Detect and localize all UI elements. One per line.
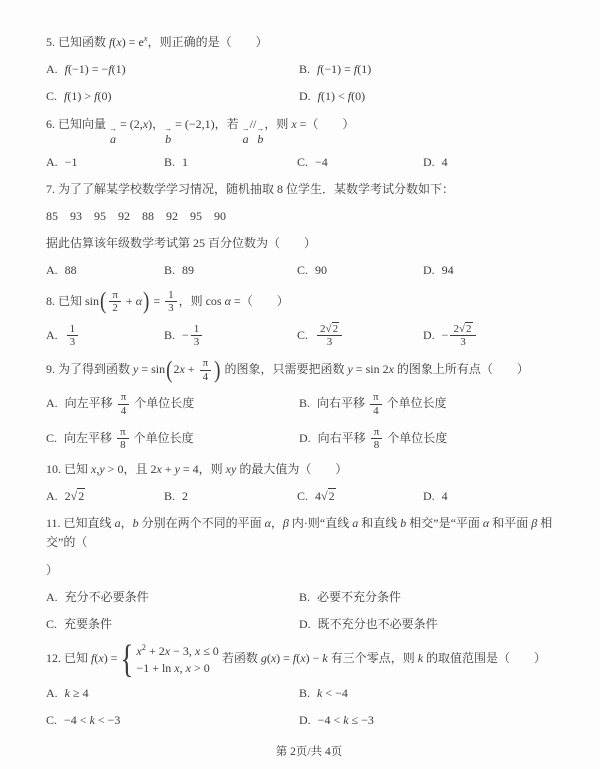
text-run: 个单位长度 bbox=[131, 431, 194, 445]
text-run: (−1) = bbox=[320, 62, 354, 76]
option: B.89 bbox=[164, 261, 297, 280]
option-label: D. bbox=[299, 89, 311, 103]
text-run: 相交”是“平面 bbox=[406, 516, 483, 530]
radical-icon: √ bbox=[321, 489, 328, 503]
text-run: − bbox=[442, 328, 449, 342]
text-run: − 3, bbox=[170, 644, 195, 658]
option: B.向右平移 π4 个单位长度 bbox=[299, 391, 572, 417]
vector: →b bbox=[164, 125, 172, 145]
text-run: −4 < bbox=[318, 713, 344, 727]
text-run: ≥ 4 bbox=[70, 686, 89, 700]
text-run: 1 bbox=[194, 323, 200, 335]
fraction-denominator: 4 bbox=[370, 405, 382, 418]
option: C.−4 bbox=[297, 153, 423, 172]
question-stem: 8. 已知 sin(π2 + α) = 13，则 cos α =（ ） bbox=[46, 289, 572, 315]
fraction-numerator: 1 bbox=[67, 323, 79, 337]
text-run: + bbox=[162, 462, 175, 476]
option: D.既不充分也不必要条件 bbox=[299, 615, 572, 634]
text-run: ，则 cos bbox=[179, 293, 225, 307]
text-run: 3 bbox=[194, 336, 200, 348]
fraction: 13 bbox=[165, 289, 177, 315]
option-row: A.向左平移 π4 个单位长度B.向右平移 π4 个单位长度 bbox=[46, 391, 572, 417]
radicand: 2 bbox=[332, 322, 340, 335]
text-run: 分别在两个不同的平面 bbox=[139, 516, 265, 530]
big-paren: ) bbox=[213, 359, 221, 383]
option-row: A.k ≥ 4B.k < −4 bbox=[46, 684, 572, 703]
option: C.f(1) > f(0) bbox=[46, 87, 299, 106]
option-label: C. bbox=[297, 155, 308, 169]
fraction-numerator: 1 bbox=[191, 323, 203, 337]
question-stem: 11. 已知直线 a，b 分别在两个不同的平面 α，β 内·则“直线 a 和直线… bbox=[46, 514, 572, 552]
vector-letter: b bbox=[165, 133, 171, 145]
option-label: A. bbox=[46, 62, 58, 76]
option-label: B. bbox=[299, 590, 310, 604]
text-run: 1 bbox=[182, 155, 188, 169]
square-root: √2 bbox=[321, 488, 336, 503]
question-block: 8. 已知 sin(π2 + α) = 13，则 cos α =（ ）A.13B… bbox=[46, 289, 572, 350]
option-row: A.充分不必要条件B.必要不充分条件 bbox=[46, 588, 572, 607]
text-run: = sin 2 bbox=[353, 362, 389, 376]
option-label: C. bbox=[297, 489, 308, 503]
option-label: C. bbox=[46, 713, 57, 727]
text-run: π bbox=[121, 391, 127, 403]
text-run: 4 bbox=[203, 371, 209, 383]
text-run: (−1) = − bbox=[68, 62, 108, 76]
option-label: C. bbox=[297, 263, 308, 277]
text-run: −1 + ln bbox=[136, 661, 174, 675]
fraction-denominator: 3 bbox=[191, 336, 203, 349]
option-label: B. bbox=[299, 396, 310, 410]
text-run: = sin bbox=[138, 362, 165, 376]
fraction: 13 bbox=[191, 323, 203, 349]
vector: →a bbox=[242, 125, 250, 145]
option: A.k ≥ 4 bbox=[46, 684, 299, 703]
square-root: √2 bbox=[326, 322, 340, 335]
text-run: 4 bbox=[373, 405, 379, 417]
option-label: A. bbox=[46, 396, 58, 410]
option-label: A. bbox=[46, 328, 58, 342]
text-run: = bbox=[150, 293, 163, 307]
option: C.2√23 bbox=[297, 323, 423, 349]
question-block: 7. 为了了解某学校数学学习情况，随机抽取 8 位学生．某数学考试分数如下：85… bbox=[46, 180, 572, 281]
text-run: 1 bbox=[70, 323, 76, 335]
brace-icon: { bbox=[120, 640, 133, 679]
fraction: π4 bbox=[370, 391, 382, 417]
option-row: C.向左平移 π8 个单位长度D.向右平移 π8 个单位长度 bbox=[46, 426, 572, 452]
option: D.94 bbox=[423, 261, 572, 280]
question-stem: 据此估算该年级数学考试第 25 百分位数为（ ） bbox=[46, 234, 572, 253]
cases-row: x2 + 2x − 3, x ≤ 0 bbox=[136, 642, 218, 659]
option: D.−2√23 bbox=[423, 323, 572, 349]
vector: →a bbox=[109, 125, 117, 145]
question-stem: 6. 已知向量 →a = (2,x)，→b = (−2,1)，若 →a//→b，… bbox=[46, 115, 572, 145]
square-root: √2 bbox=[71, 488, 86, 503]
option-label: B. bbox=[164, 328, 175, 342]
option: D.向右平移 π8 个单位长度 bbox=[299, 426, 572, 452]
text-run: 有三个零点，则 bbox=[328, 651, 418, 665]
option-label: A. bbox=[46, 686, 58, 700]
option-label: C. bbox=[46, 617, 57, 631]
option-label: B. bbox=[299, 686, 310, 700]
option: C.−4 < k < −3 bbox=[46, 711, 299, 730]
text-run: ， bbox=[271, 516, 283, 530]
text-run: > 0 bbox=[191, 661, 210, 675]
text-run: π bbox=[374, 426, 380, 438]
option: C.4√2 bbox=[297, 487, 423, 506]
option-row: C.充要条件D.既不充分也不必要条件 bbox=[46, 615, 572, 634]
fraction-numerator: 2√2 bbox=[317, 323, 342, 337]
fraction: 2√23 bbox=[317, 323, 342, 349]
option: D.f(1) < f(0) bbox=[299, 87, 572, 106]
option-row: A.2√2B.2C.4√2D.4 bbox=[46, 487, 572, 506]
fraction: 13 bbox=[67, 323, 79, 349]
option-label: D. bbox=[299, 431, 311, 445]
option: A.−1 bbox=[46, 153, 164, 172]
fraction-denominator: 4 bbox=[118, 405, 130, 418]
option-row: A.−1B.1C.−4D.4 bbox=[46, 153, 572, 172]
option: B.f(−1) = f(1) bbox=[299, 60, 572, 79]
text-run: + bbox=[123, 293, 136, 307]
fraction-denominator: 3 bbox=[165, 302, 177, 315]
option: A.88 bbox=[46, 261, 164, 280]
vector-letter: b bbox=[257, 133, 263, 145]
text-run: ≤ 0 bbox=[200, 644, 219, 658]
option-label: B. bbox=[164, 263, 175, 277]
text-run: (0) bbox=[97, 89, 111, 103]
option: D.−4 < k ≤ −3 bbox=[299, 711, 572, 730]
text-run: 6. 已知向量 bbox=[46, 117, 109, 131]
text-run: 据此估算该年级数学考试第 25 百分位数为（ ） bbox=[46, 236, 316, 250]
fraction-numerator: π bbox=[370, 391, 382, 405]
fraction-numerator: π bbox=[200, 357, 212, 371]
option: B.k < −4 bbox=[299, 684, 572, 703]
option-label: A. bbox=[46, 263, 58, 277]
text-run: 11. 已知直线 bbox=[46, 516, 115, 530]
radical-icon: √ bbox=[326, 323, 332, 335]
option: A.充分不必要条件 bbox=[46, 588, 299, 607]
text-run: 个单位长度 bbox=[384, 431, 447, 445]
text-run: = (−2,1)，若 bbox=[172, 117, 242, 131]
text-run: 3 bbox=[460, 336, 466, 348]
option: C.充要条件 bbox=[46, 615, 299, 634]
question-stem: 85 93 95 92 88 92 95 90 bbox=[46, 207, 572, 226]
fraction-denominator: 3 bbox=[67, 336, 79, 349]
option-row: A.13B.−13C.2√23D.−2√23 bbox=[46, 323, 572, 349]
piecewise-cases: {x2 + 2x − 3, x ≤ 0−1 + ln x, x > 0 bbox=[120, 642, 218, 676]
text-run: ， bbox=[121, 516, 133, 530]
fraction-denominator: 4 bbox=[200, 371, 212, 384]
page-number: 第 2页/共 4页 bbox=[46, 743, 572, 759]
text-run: 5. 已知函数 bbox=[46, 35, 109, 49]
option-label: A. bbox=[46, 590, 58, 604]
option: A.13 bbox=[46, 323, 164, 349]
text-run: ) − bbox=[306, 651, 323, 665]
text-run: 的最大值为（ ） bbox=[236, 462, 347, 476]
text-run: 向右平移 bbox=[318, 431, 369, 445]
option-label: B. bbox=[164, 489, 175, 503]
text-run: 充分不必要条件 bbox=[65, 590, 149, 604]
text-run: // bbox=[250, 117, 257, 131]
option: A.2√2 bbox=[46, 487, 164, 506]
fraction-denominator: 8 bbox=[371, 439, 383, 452]
big-paren: ( bbox=[99, 290, 107, 314]
text-run: ，则 bbox=[264, 117, 291, 131]
exam-page: 5. 已知函数 f(x) = ex，则正确的是（ ）A.f(−1) = −f(1… bbox=[0, 0, 600, 759]
fraction-numerator: π bbox=[118, 391, 130, 405]
text-run: 94 bbox=[442, 263, 454, 277]
text-run: −4 < bbox=[64, 713, 90, 727]
text-run: 的图象上所有点（ ） bbox=[394, 362, 529, 376]
text-run: < −3 bbox=[95, 713, 121, 727]
text-run: + bbox=[185, 362, 198, 376]
question-stem: ） bbox=[46, 561, 572, 580]
option: D.4 bbox=[423, 487, 572, 506]
question-list: 5. 已知函数 f(x) = ex，则正确的是（ ）A.f(−1) = −f(1… bbox=[46, 32, 572, 731]
text-run: 若函数 bbox=[219, 651, 261, 665]
big-paren: ( bbox=[165, 359, 173, 383]
text-run: 88 bbox=[65, 263, 77, 277]
text-run: = 4，则 bbox=[180, 462, 226, 476]
question-block: 9. 为了得到函数 y = sin(2x + π4) 的图象，只需要把函数 y … bbox=[46, 357, 572, 452]
text-run: (1) < bbox=[321, 89, 348, 103]
option-label: D. bbox=[299, 713, 311, 727]
fraction-denominator: 2 bbox=[109, 302, 121, 315]
text-run: (1) > bbox=[67, 89, 94, 103]
text-run: 90 bbox=[315, 263, 327, 277]
text-run: 12. 已知 bbox=[46, 651, 91, 665]
text-run: 10. 已知 bbox=[46, 462, 91, 476]
text-run: 向右平移 bbox=[317, 396, 368, 410]
text-run: 9. 为了得到函数 bbox=[46, 362, 133, 376]
option-label: C. bbox=[46, 431, 57, 445]
option-label: D. bbox=[299, 617, 311, 631]
fraction: π4 bbox=[118, 391, 130, 417]
text-run: π bbox=[120, 426, 126, 438]
question-block: 5. 已知函数 f(x) = ex，则正确的是（ ）A.f(−1) = −f(1… bbox=[46, 32, 572, 107]
text-run: 4 bbox=[442, 489, 448, 503]
text-run: 既不充分也不必要条件 bbox=[318, 617, 438, 631]
text-run: + 2 bbox=[146, 644, 165, 658]
text-run: 3 bbox=[327, 336, 333, 348]
option: A.向左平移 π4 个单位长度 bbox=[46, 391, 299, 417]
text-run: (1) bbox=[112, 62, 126, 76]
text-run: 8. 已知 sin bbox=[46, 293, 99, 307]
text-run: 8 bbox=[374, 439, 380, 451]
question-stem: 7. 为了了解某学校数学学习情况，随机抽取 8 位学生．某数学考试分数如下： bbox=[46, 180, 572, 199]
fraction-numerator: π bbox=[117, 426, 129, 440]
fraction: π8 bbox=[117, 426, 129, 452]
text-run: 4 bbox=[121, 405, 127, 417]
text-run: 内·则“直线 bbox=[289, 516, 352, 530]
text-run: 必要不充分条件 bbox=[317, 590, 401, 604]
text-run: 2 bbox=[182, 489, 188, 503]
option-label: A. bbox=[46, 489, 58, 503]
text-run: 向左平移 bbox=[65, 396, 116, 410]
option-row: A.f(−1) = −f(1)B.f(−1) = f(1) bbox=[46, 60, 572, 79]
text-run: −1 bbox=[65, 155, 78, 169]
fraction: 2√23 bbox=[450, 323, 475, 349]
vector-letter: a bbox=[243, 133, 249, 145]
cases-row: −1 + ln x, x > 0 bbox=[136, 661, 218, 676]
question-stem: 10. 已知 x,y > 0，且 2x + y = 4，则 xy 的最大值为（ … bbox=[46, 460, 572, 479]
option-label: C. bbox=[46, 89, 57, 103]
option: B.2 bbox=[164, 487, 297, 506]
text-run: 7. 为了了解某学校数学学习情况，随机抽取 8 位学生．某数学考试分数如下： bbox=[46, 182, 454, 196]
option-label: D. bbox=[423, 155, 435, 169]
text-run: 向左平移 bbox=[64, 431, 115, 445]
text-run: π bbox=[373, 391, 379, 403]
text-run: 的图象，只需要把函数 bbox=[221, 362, 347, 376]
text-run: < −4 bbox=[322, 686, 348, 700]
fraction-numerator: 2√2 bbox=[450, 323, 475, 337]
text-run: 和平面 bbox=[489, 516, 531, 530]
text-run: > 0，且 2 bbox=[105, 462, 157, 476]
option-label: B. bbox=[299, 62, 310, 76]
question-stem: 9. 为了得到函数 y = sin(2x + π4) 的图象，只需要把函数 y … bbox=[46, 357, 572, 383]
big-paren: ) bbox=[142, 290, 150, 314]
option: C.向左平移 π8 个单位长度 bbox=[46, 426, 299, 452]
fraction: π4 bbox=[200, 357, 212, 383]
text-run: =（ ） bbox=[297, 117, 355, 131]
text-run: 85 93 95 92 88 92 95 90 bbox=[46, 209, 226, 223]
question-block: 12. 已知 f(x) = {x2 + 2x − 3, x ≤ 0−1 + ln… bbox=[46, 642, 572, 730]
option-label: D. bbox=[423, 263, 435, 277]
text-run: ，则正确的是（ ） bbox=[148, 35, 268, 49]
text-run: 充要条件 bbox=[64, 617, 112, 631]
option: B.必要不充分条件 bbox=[299, 588, 572, 607]
math-variable: xy bbox=[226, 462, 237, 476]
question-stem: 12. 已知 f(x) = {x2 + 2x − 3, x ≤ 0−1 + ln… bbox=[46, 642, 572, 676]
option: A.f(−1) = −f(1) bbox=[46, 60, 299, 79]
option-label: C. bbox=[297, 328, 308, 342]
option: B.−13 bbox=[164, 323, 297, 349]
square-root: √2 bbox=[459, 322, 473, 335]
text-run: )， bbox=[148, 117, 164, 131]
option-row: A.88B.89C.90D.94 bbox=[46, 261, 572, 280]
text-run: π bbox=[203, 357, 209, 369]
question-block: 10. 已知 x,y > 0，且 2x + y = 4，则 xy 的最大值为（ … bbox=[46, 460, 572, 506]
option-row: C.−4 < k < −3D.−4 < k ≤ −3 bbox=[46, 711, 572, 730]
radicand: 2 bbox=[328, 488, 336, 503]
option: C.90 bbox=[297, 261, 423, 280]
text-run: = (2, bbox=[117, 117, 143, 131]
option-label: D. bbox=[423, 328, 435, 342]
question-stem: 5. 已知函数 f(x) = ex，则正确的是（ ） bbox=[46, 32, 572, 52]
fraction: π2 bbox=[109, 289, 121, 315]
text-run: − bbox=[182, 328, 189, 342]
cases-column: x2 + 2x − 3, x ≤ 0−1 + ln x, x > 0 bbox=[136, 642, 218, 676]
option-label: D. bbox=[423, 489, 435, 503]
text-run: 个单位长度 bbox=[131, 396, 194, 410]
option-row: C.f(1) > f(0)D.f(1) < f(0) bbox=[46, 87, 572, 106]
fraction-numerator: π bbox=[371, 426, 383, 440]
question-block: 6. 已知向量 →a = (2,x)，→b = (−2,1)，若 →a//→b，… bbox=[46, 115, 572, 172]
text-run: ） bbox=[46, 563, 58, 577]
option-label: B. bbox=[164, 155, 175, 169]
fraction-numerator: π bbox=[109, 289, 121, 303]
fraction: π8 bbox=[371, 426, 383, 452]
text-run: 8 bbox=[120, 439, 126, 451]
text-run: (1) bbox=[357, 62, 371, 76]
question-block: 11. 已知直线 a，b 分别在两个不同的平面 α，β 内·则“直线 a 和直线… bbox=[46, 514, 572, 634]
text-run: ) = bbox=[276, 651, 293, 665]
fraction-denominator: 8 bbox=[117, 439, 129, 452]
text-run: 1 bbox=[168, 289, 174, 301]
fraction-denominator: 3 bbox=[457, 336, 469, 349]
text-run: 89 bbox=[182, 263, 194, 277]
option: B.1 bbox=[164, 153, 297, 172]
text-run: 的取值范围是（ ） bbox=[423, 651, 546, 665]
text-run: ) = e bbox=[122, 35, 144, 49]
text-run: =（ ） bbox=[231, 293, 289, 307]
text-run: 3 bbox=[70, 336, 76, 348]
text-run: 3 bbox=[168, 302, 174, 314]
text-run: −4 bbox=[315, 155, 328, 169]
text-run: 4 bbox=[442, 155, 448, 169]
text-run: ) = bbox=[104, 651, 121, 665]
radicand: 2 bbox=[77, 488, 85, 503]
option: D.4 bbox=[423, 153, 572, 172]
text-run: 2 bbox=[112, 302, 118, 314]
text-run: 个单位长度 bbox=[384, 396, 447, 410]
text-run: (0) bbox=[351, 89, 365, 103]
text-run: π bbox=[112, 289, 118, 301]
fraction-numerator: 1 bbox=[165, 289, 177, 303]
text-run: ≤ −3 bbox=[349, 713, 374, 727]
radicand: 2 bbox=[465, 322, 473, 335]
fraction-denominator: 3 bbox=[324, 336, 336, 349]
vector-letter: a bbox=[110, 133, 116, 145]
option-label: A. bbox=[46, 155, 58, 169]
text-run: 和直线 bbox=[358, 516, 400, 530]
